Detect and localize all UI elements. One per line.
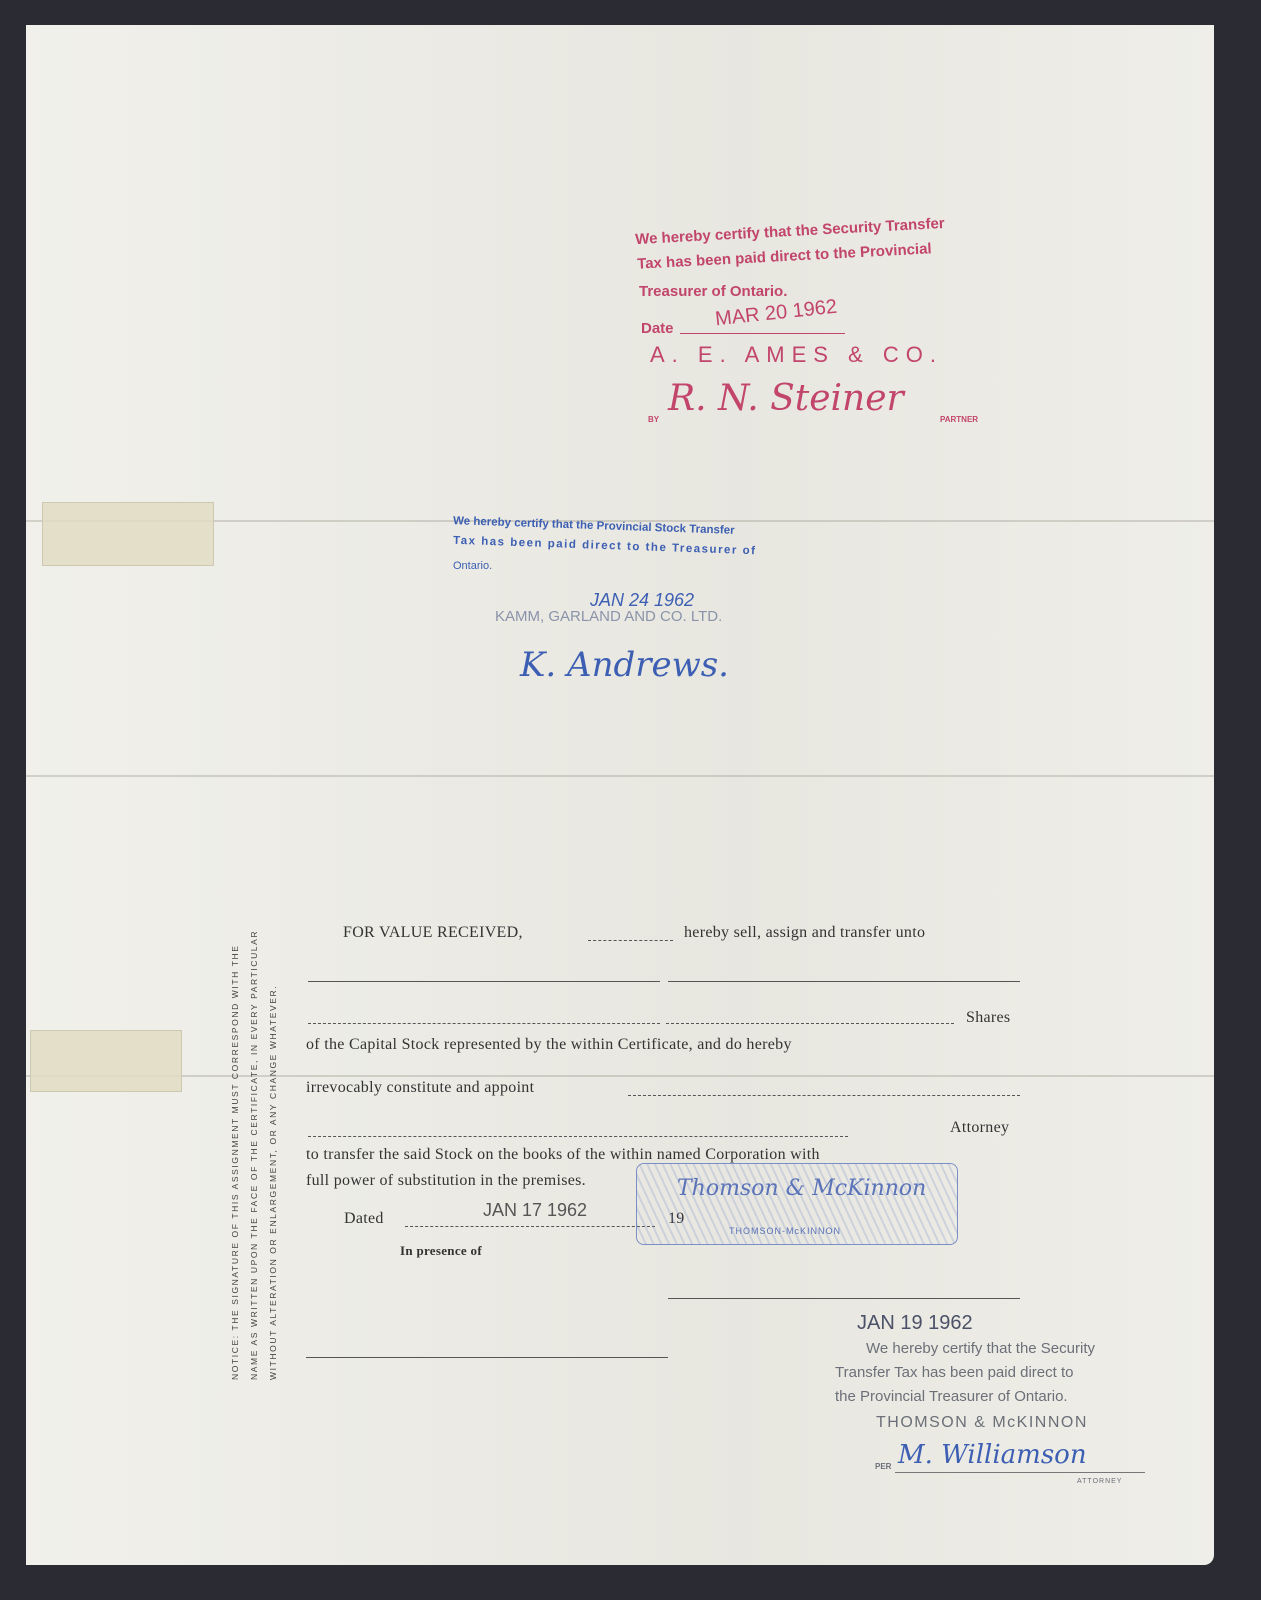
full-power-text: full power of substitution in the premis… [306,1172,586,1190]
to-transfer-text: to transfer the said Stock on the books … [306,1146,820,1164]
ames-firm: A. E. AMES & CO. [650,342,943,368]
notice-line1: NOTICE: THE SIGNATURE OF THIS ASSIGNMENT… [226,930,245,1380]
dated-label: Dated [344,1210,384,1228]
tape-strip [30,1030,182,1092]
assignor-field[interactable] [588,940,673,941]
ames-date-line [680,333,845,334]
guarantee-label: THOMSON-McKINNON [729,1226,841,1236]
tape-strip [42,502,214,566]
thomson-line2: Transfer Tax has been paid direct to [835,1364,1073,1381]
ames-by-label: BY [648,415,659,424]
thomson-sign-line [895,1472,1145,1473]
witness-field[interactable] [306,1357,668,1358]
signature-guarantee-stamp: Thomson & McKinnon THOMSON-McKINNON [636,1163,958,1245]
attorney-field[interactable] [308,1136,848,1137]
notice-line3: WITHOUT ALTERATION OR ENLARGEMENT, OR AN… [264,930,283,1380]
attorney-label: Attorney [950,1119,1009,1137]
signature-notice: NOTICE: THE SIGNATURE OF THIS ASSIGNMENT… [226,930,283,1380]
date-field[interactable] [405,1226,655,1227]
shares-field-1[interactable] [308,1023,660,1024]
kamm-line3: Ontario. [453,560,492,572]
appointee-field[interactable] [628,1095,1020,1096]
assignee-field-2[interactable] [668,981,1020,982]
ames-line3: Treasurer of Ontario. [639,283,787,300]
thomson-line1: We hereby certify that the Security [866,1340,1095,1357]
sell-assign-text: hereby sell, assign and transfer unto [684,924,925,942]
ames-signature: R. N. Steiner [668,378,904,419]
ames-role: PARTNER [940,415,978,424]
thomson-date-stamp: JAN 19 1962 [857,1312,973,1335]
thomson-line3: the Provincial Treasurer of Ontario. [835,1388,1068,1405]
notice-line2: NAME AS WRITTEN UPON THE FACE OF THE CER… [245,930,264,1380]
shares-label: Shares [966,1009,1010,1027]
dated-stamp: JAN 17 1962 [483,1200,587,1221]
fold-line [26,775,1214,777]
for-value-received: FOR VALUE RECEIVED, [343,924,523,942]
ames-date-label: Date [641,320,674,337]
irrevocably-text: irrevocably constitute and appoint [306,1079,534,1097]
thomson-signature: M. Williamson [898,1440,1087,1470]
kamm-firm: KAMM, GARLAND AND CO. LTD. [495,608,722,625]
assignee-field-1[interactable] [308,981,660,982]
capital-stock-text: of the Capital Stock represented by the … [306,1036,792,1054]
kamm-signature: K. Andrews. [520,645,729,685]
document-page [26,25,1214,1565]
signature-field[interactable] [668,1298,1020,1299]
fold-line [26,1075,1214,1077]
shares-field-2[interactable] [666,1023,954,1024]
thomson-per-label: PER [875,1462,891,1471]
thomson-role: ATTORNEY [1077,1478,1122,1485]
thomson-firm: THOMSON & McKINNON [876,1414,1088,1432]
guarantee-signature: Thomson & McKinnon [677,1176,926,1201]
presence-label: In presence of [400,1243,482,1259]
